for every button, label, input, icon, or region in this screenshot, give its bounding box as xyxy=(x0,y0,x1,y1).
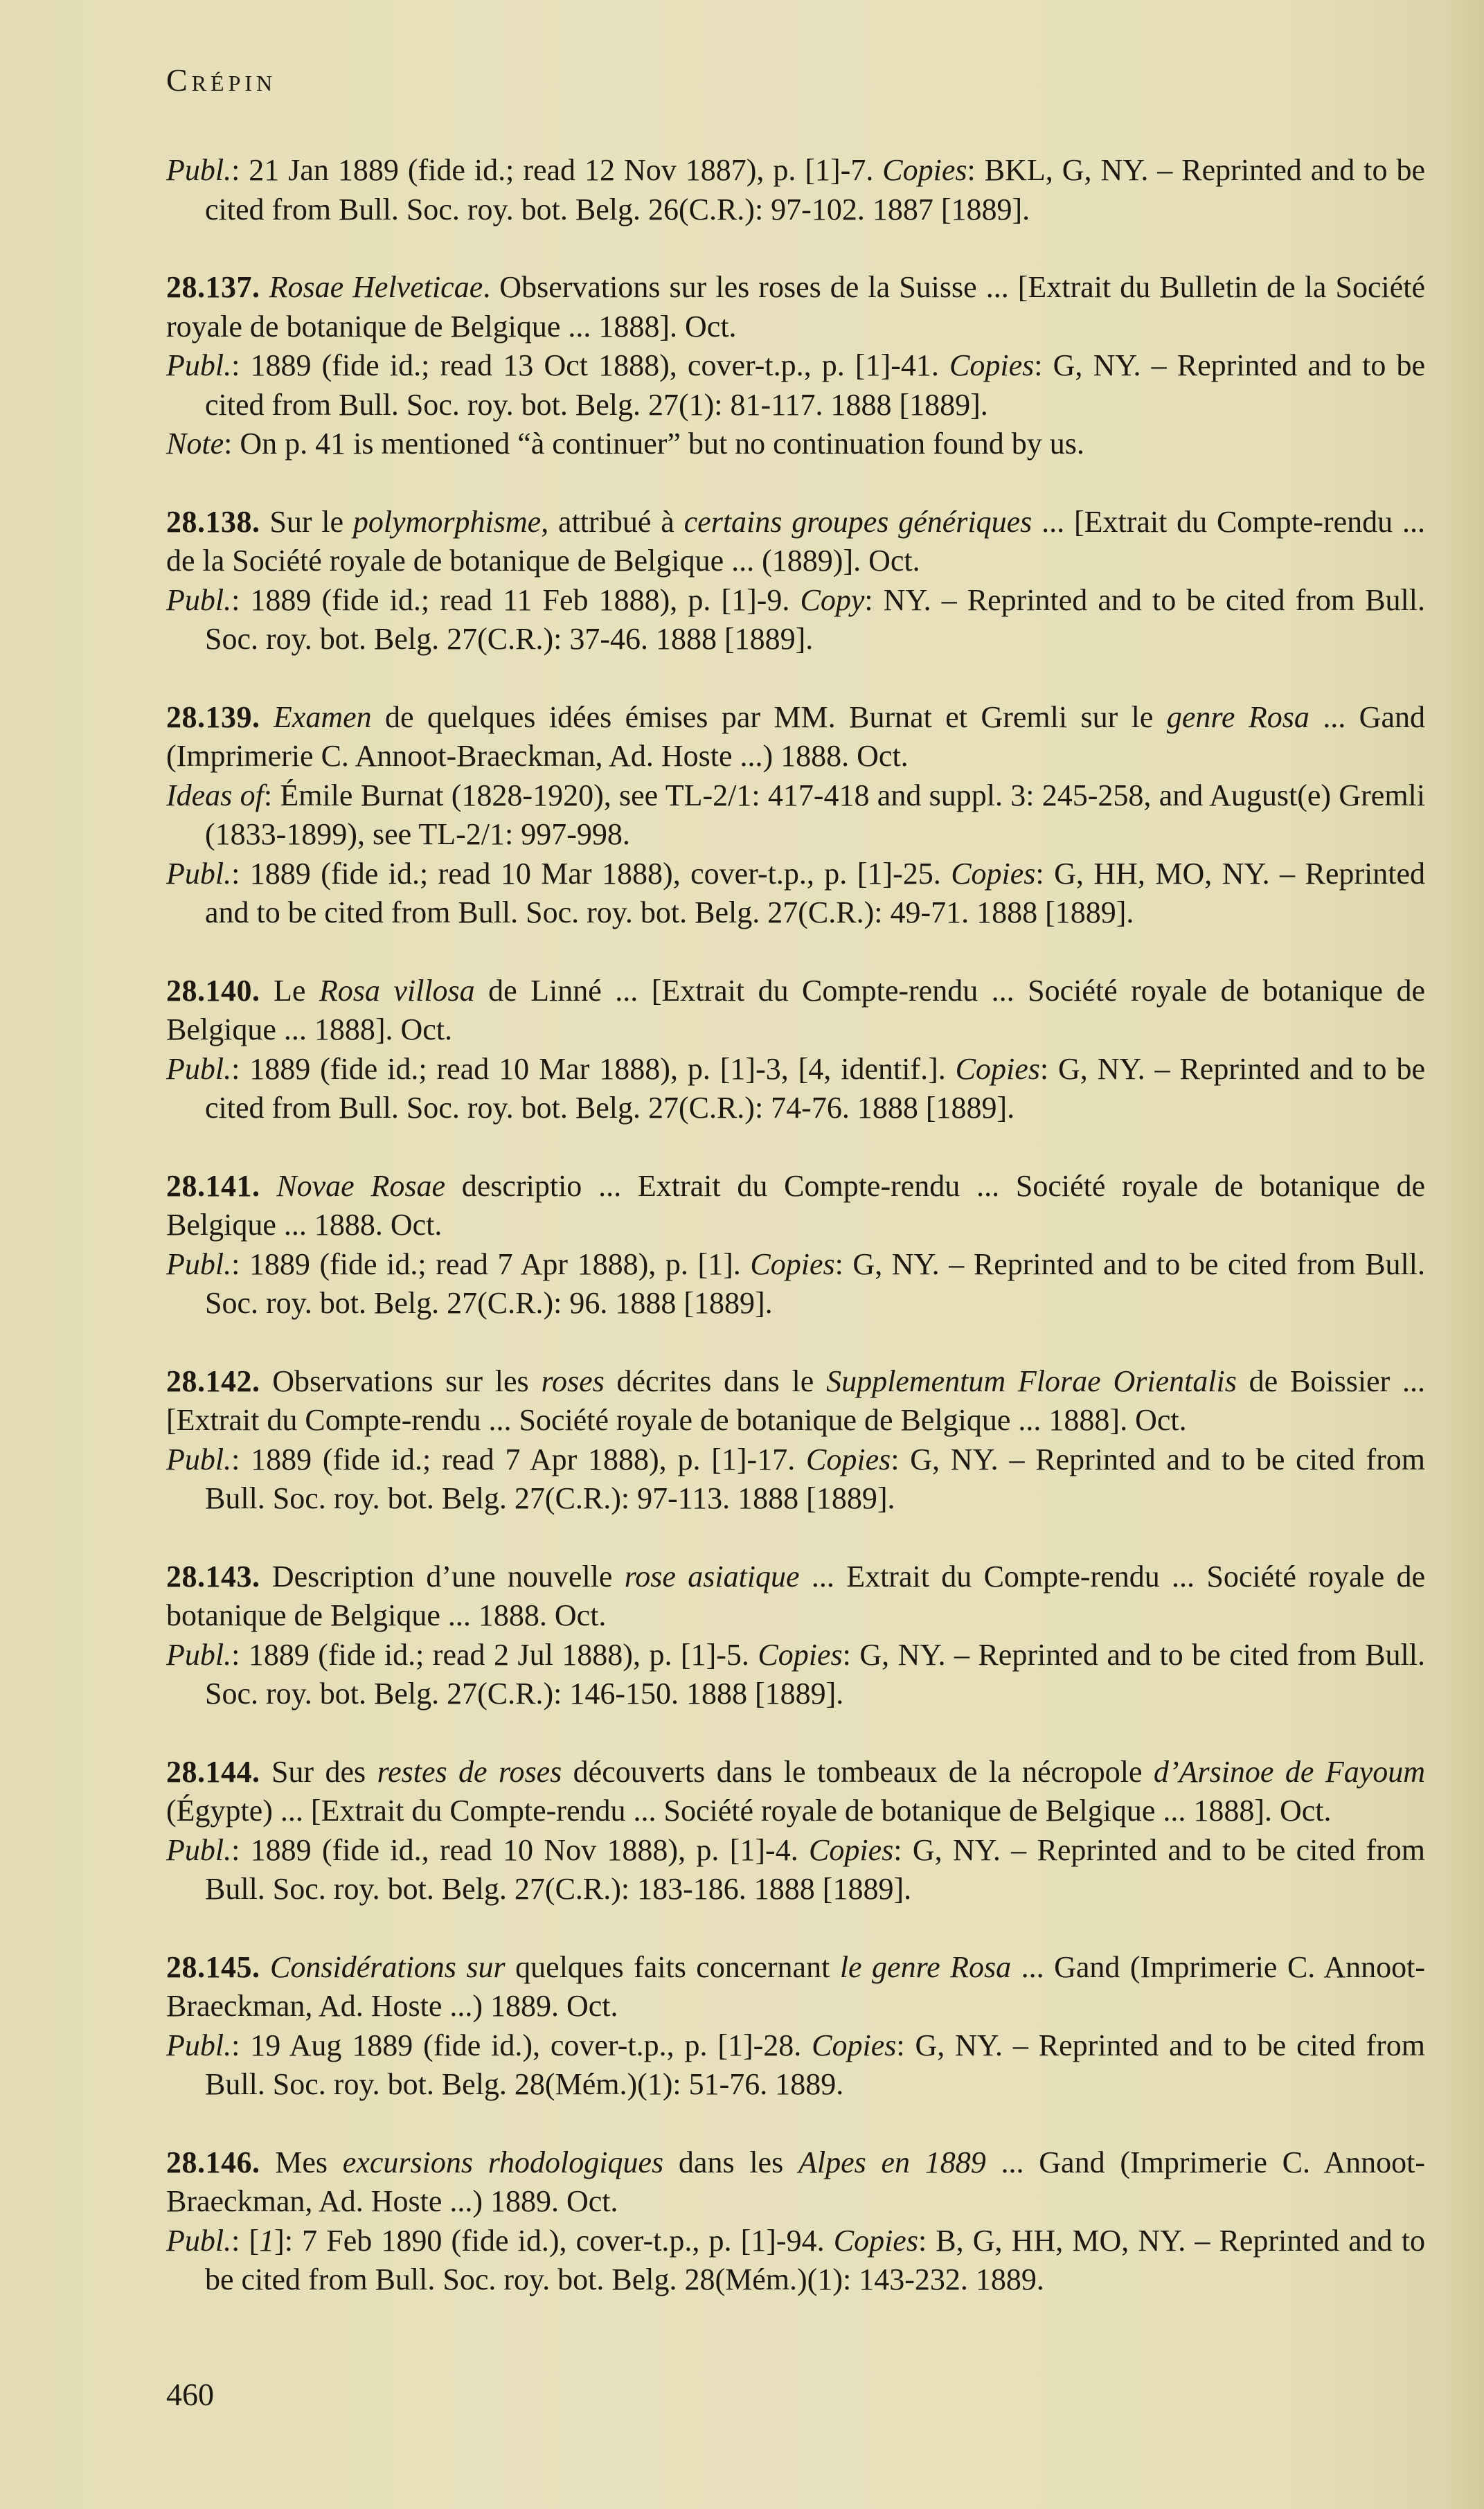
italic-title-segment: polymorphisme xyxy=(353,505,541,539)
title-segment: , attribué à xyxy=(541,505,683,539)
publ-label: Publ. xyxy=(166,1052,231,1086)
title-segment: Le xyxy=(274,974,319,1008)
publ-label: Publ. xyxy=(166,583,231,617)
body-text: Publ.: 21 Jan 1889 (fide id.; read 12 No… xyxy=(166,151,1425,2339)
bibliography-entry: 28.137. Rosae Helveticae. Observations s… xyxy=(166,268,1425,464)
bibliography-entry: 28.146. Mes excursions rhodologiques dan… xyxy=(166,2143,1425,2300)
publ-label: Publ. xyxy=(166,1443,231,1476)
publ-line: Publ.: 1889 (fide id.; read 7 Apr 1888),… xyxy=(166,1440,1425,1519)
title-segment: dans les xyxy=(663,2145,798,2179)
title-segment: décrites dans le xyxy=(605,1364,826,1398)
entry-title: 28.145. Considérations sur quelques fait… xyxy=(166,1948,1425,2026)
copies-label: Copies xyxy=(809,1833,893,1867)
copies-label: Copies xyxy=(834,2224,918,2258)
copies-label: Copies xyxy=(949,348,1034,382)
italic-title-segment: roses xyxy=(541,1364,604,1398)
italic-title-segment: restes de roses xyxy=(377,1755,562,1789)
title-segment: de quelques idées émises par MM. Burnat … xyxy=(372,700,1167,734)
entry-number: 28.144. xyxy=(166,1755,260,1789)
title-segment: Sur des xyxy=(271,1755,377,1789)
entry-title: 28.140. Le Rosa villosa de Linné ... [Ex… xyxy=(166,972,1425,1050)
entry-number: 28.142. xyxy=(166,1364,260,1398)
copies-label: Copies xyxy=(956,1052,1040,1086)
entry-title: 28.138. Sur le polymorphisme, attribué à… xyxy=(166,503,1425,581)
copies-label: Copies xyxy=(750,1247,834,1281)
entry-number: 28.139. xyxy=(166,700,260,734)
note-line: Note: On p. 41 is mentioned “à continuer… xyxy=(166,425,1425,464)
publ-label: Publ. xyxy=(166,1638,231,1672)
note-label: Note xyxy=(166,427,224,461)
title-segment: Mes xyxy=(275,2145,343,2179)
publ-line: Publ.: [1]: 7 Feb 1890 (fide id.), cover… xyxy=(166,2222,1425,2300)
running-head: Crépin xyxy=(166,61,276,100)
publ-label: Publ. xyxy=(166,857,231,891)
publ-line: Publ.: 1889 (fide id.; read 11 Feb 1888)… xyxy=(166,581,1425,659)
italic-title-segment: Considérations sur xyxy=(270,1950,506,1984)
entry-title: 28.137. Rosae Helveticae. Observations s… xyxy=(166,268,1425,346)
italic-title-segment: rose asiatique xyxy=(625,1560,800,1593)
copies-label: Copies xyxy=(882,153,967,187)
italic-title-segment: Rosae Helveticae xyxy=(269,270,483,304)
italic-title-segment: Supplementum Florae Orientalis xyxy=(826,1364,1237,1398)
publ-line: Publ.: 19 Aug 1889 (fide id.), cover-t.p… xyxy=(166,2026,1425,2105)
entry-title: 28.143. Description d’une nouvelle rose … xyxy=(166,1557,1425,1636)
ideas-label: Ideas of xyxy=(166,778,264,812)
italic-title-segment: certains groupes génériques xyxy=(684,505,1032,539)
publ-line: Publ.: 1889 (fide id., read 10 Nov 1888)… xyxy=(166,1831,1425,1909)
publ-line: Publ.: 1889 (fide id.; read 2 Jul 1888),… xyxy=(166,1636,1425,1714)
page-number: 460 xyxy=(166,2375,214,2414)
italic-title-segment: le genre Rosa xyxy=(840,1950,1011,1984)
italic-title-segment: genre Rosa xyxy=(1167,700,1309,734)
publ-line: Publ.: 21 Jan 1889 (fide id.; read 12 No… xyxy=(166,151,1425,229)
publ-line: Publ.: 1889 (fide id.; read 10 Mar 1888)… xyxy=(166,855,1425,933)
entry-number: 28.145. xyxy=(166,1950,260,1984)
copies-label: Copies xyxy=(758,1638,842,1672)
publ-label: Publ. xyxy=(166,1247,231,1281)
publ-label: Publ. xyxy=(166,2224,231,2258)
title-segment: Observations sur les xyxy=(272,1364,541,1398)
publ-label: Publ. xyxy=(166,2028,231,2062)
bibliography-entry: 28.138. Sur le polymorphisme, attribué à… xyxy=(166,503,1425,659)
bibliography-entry: 28.141. Novae Rosae descriptio ... Extra… xyxy=(166,1167,1425,1323)
title-segment: découverts dans le tombeaux de la nécrop… xyxy=(562,1755,1154,1789)
publ-line: Publ.: 1889 (fide id.; read 10 Mar 1888)… xyxy=(166,1050,1425,1128)
entry-number: 28.138. xyxy=(166,505,260,539)
italic-title-segment: Novae Rosae xyxy=(276,1169,445,1203)
entry-number: 28.140. xyxy=(166,974,260,1008)
italic-title-segment: Alpes en 1889 xyxy=(798,2145,986,2179)
bibliography-entry: 28.144. Sur des restes de roses découver… xyxy=(166,1753,1425,1909)
italic-title-segment: excursions rhodologiques xyxy=(343,2145,663,2179)
bibliography-entry: 28.142. Observations sur les roses décri… xyxy=(166,1362,1425,1519)
entry-title: 28.139. Examen de quelques idées émises … xyxy=(166,698,1425,776)
bibliography-entry: 28.145. Considérations sur quelques fait… xyxy=(166,1948,1425,2105)
italic-title-segment: d’Arsinoe de Fayoum xyxy=(1154,1755,1425,1789)
publ-label: Publ. xyxy=(166,153,231,187)
publ-line: Publ.: 1889 (fide id.; read 13 Oct 1888)… xyxy=(166,346,1425,425)
publ-line: Publ.: 1889 (fide id.; read 7 Apr 1888),… xyxy=(166,1245,1425,1323)
publ-label: Publ. xyxy=(166,348,231,382)
title-segment: Description d’une nouvelle xyxy=(272,1560,625,1593)
entry-title: 28.144. Sur des restes de roses découver… xyxy=(166,1753,1425,1831)
ideas-line: Ideas of: Émile Burnat (1828-1920), see … xyxy=(166,776,1425,855)
copies-label: Copies xyxy=(806,1443,891,1476)
bibliography-entry: 28.140. Le Rosa villosa de Linné ... [Ex… xyxy=(166,972,1425,1128)
continuation-entry: Publ.: 21 Jan 1889 (fide id.; read 12 No… xyxy=(166,151,1425,229)
entry-number: 28.146. xyxy=(166,2145,260,2179)
italic-title-segment: Examen xyxy=(274,700,372,734)
title-segment: (Égypte) ... [Extrait du Compte-rendu ..… xyxy=(166,1794,1332,1828)
title-segment: quelques faits concernant xyxy=(506,1950,840,1984)
entry-title: 28.146. Mes excursions rhodologiques dan… xyxy=(166,2143,1425,2222)
entry-title: 28.142. Observations sur les roses décri… xyxy=(166,1362,1425,1440)
copies-label: Copy xyxy=(801,583,865,617)
bibliography-entry: 28.139. Examen de quelques idées émises … xyxy=(166,698,1425,933)
entry-title: 28.141. Novae Rosae descriptio ... Extra… xyxy=(166,1167,1425,1245)
entries-list: 28.137. Rosae Helveticae. Observations s… xyxy=(166,268,1425,2300)
title-segment: Sur le xyxy=(269,505,353,539)
italic-title-segment: Rosa villosa xyxy=(319,974,475,1008)
entry-number: 28.137. xyxy=(166,270,260,304)
bibliography-entry: 28.143. Description d’une nouvelle rose … xyxy=(166,1557,1425,1714)
entry-number: 28.141. xyxy=(166,1169,260,1203)
entry-number: 28.143. xyxy=(166,1560,260,1593)
copies-label: Copies xyxy=(951,857,1035,891)
publ-label: Publ. xyxy=(166,1833,231,1867)
copies-label: Copies xyxy=(812,2028,896,2062)
